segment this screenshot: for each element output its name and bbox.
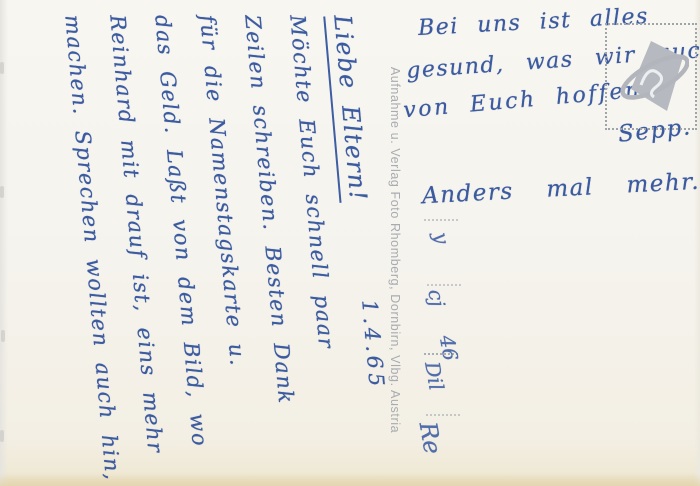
scan-artifact xyxy=(0,430,4,442)
postcard-back-scan: Liebe Eltern! 1.4.65 Möchte Euch schnell… xyxy=(0,0,700,486)
stamp-placement-box xyxy=(605,23,697,130)
handwritten-message: Liebe Eltern! 1.4.65 Möchte Euch schnell… xyxy=(12,1,364,486)
address-ink-fragment: Dil xyxy=(420,360,449,393)
photo-paper-logo-icon xyxy=(617,37,689,121)
scan-artifact xyxy=(0,186,4,198)
address-rule-line xyxy=(427,284,461,286)
address-ink-fragment: cj xyxy=(423,287,450,308)
address-rule-line xyxy=(426,414,460,416)
scan-artifact xyxy=(1,330,5,342)
publisher-imprint: Aufnahme u. Verlag Foto Rhomberg, Dornbi… xyxy=(382,25,402,475)
address-ink-fragment: 46 xyxy=(435,333,463,362)
address-rule-line xyxy=(424,219,458,221)
address-ink-fragment: Re xyxy=(414,420,447,457)
scan-artifact xyxy=(0,62,4,74)
address-ink-fragment: y xyxy=(429,230,455,245)
postscript: Anders mal mehr. xyxy=(422,169,700,210)
